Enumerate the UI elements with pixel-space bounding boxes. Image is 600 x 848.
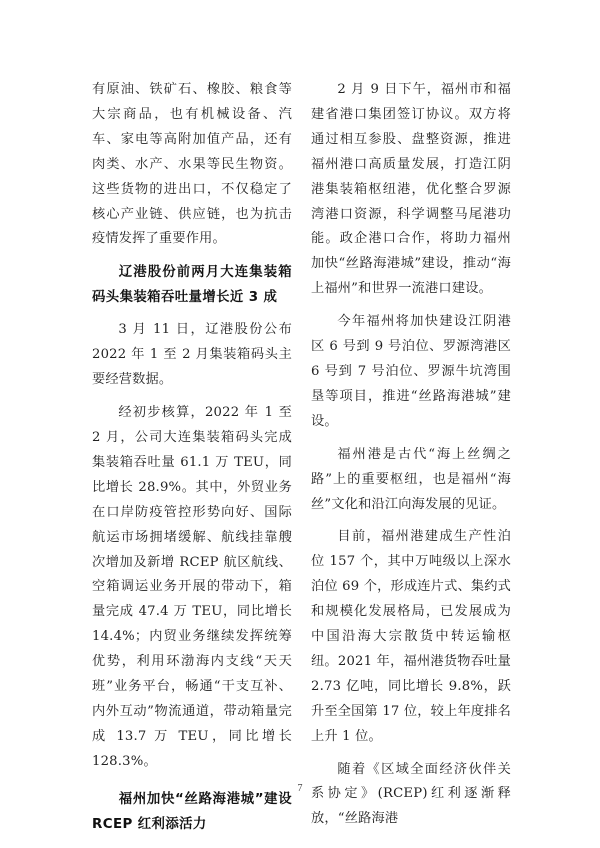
page-number: 7: [0, 783, 600, 794]
right-column: 2 月 9 日下午，福州市和福建省港口集团签订协议。双方将通过相互参股、盘整资源…: [311, 78, 511, 832]
heading-fuzhou: 福州加快“丝路海港城”建设 RCEP 红利添活力: [92, 787, 292, 837]
paragraph: 2 月 9 日下午，福州市和福建省港口集团签订协议。双方将通过相互参股、盘整资源…: [311, 78, 511, 302]
heading-liaogang: 辽港股份前两月大连集装箱码头集装箱吞吐量增长近 3 成: [92, 260, 292, 310]
paragraph: 目前，福州港建成生产性泊位 157 个，其中万吨级以上深水泊位 69 个，形成连…: [311, 525, 511, 749]
paragraph: 3 月 11 日，辽港股份公布 2022 年 1 至 2 月集装箱码头主要经营数…: [92, 318, 292, 393]
paragraph: 今年福州将加快建设江阴港区 6 号到 9 号泊位、罗源湾港区 6 号到 7 号泊…: [311, 310, 511, 435]
paragraph: 经初步核算，2022 年 1 至 2 月，公司大连集装箱码头完成集装箱吞吐量 6…: [92, 401, 292, 775]
left-column: 有原油、铁矿石、橡胶、粮食等大宗商品，也有机械设备、汽车、家电等高附加值产品，还…: [92, 78, 292, 837]
paragraph: 福州港是古代“海上丝绸之路”上的重要枢纽，也是福州“海丝”文化和沿江向海发展的见…: [311, 443, 511, 518]
paragraph: 随着《区域全面经济伙伴关系协定》(RCEP)红利逐渐释放，“丝路海港: [311, 758, 511, 833]
paragraph-continued: 有原油、铁矿石、橡胶、粮食等大宗商品，也有机械设备、汽车、家电等高附加值产品，还…: [92, 78, 292, 252]
